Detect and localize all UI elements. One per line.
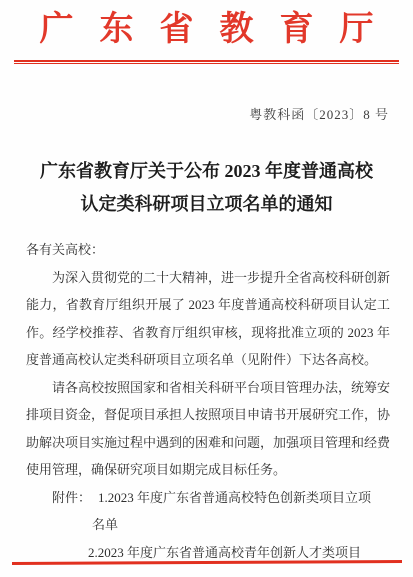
document-body: 各有关高校： 为深入贯彻党的二十大精神，进一步提升全省高校科研创新能力，省教育厅… [26, 236, 390, 484]
attachment-list: 附件：1.2023 年度广东省普通高校特色创新类项目立项 名单 2.2023 年… [26, 484, 390, 567]
paragraph-1: 为深入贯彻党的二十大精神，进一步提升全省高校科研创新能力，省教育厅组织开展了 2… [26, 264, 390, 374]
document-title-line-2: 认定类科研项目立项名单的通知 [0, 188, 413, 221]
masthead-double-rule [14, 60, 399, 64]
document-number: 粤教科函〔2023〕8 号 [0, 106, 389, 124]
document-page: 广东省教育厅 粤教科函〔2023〕8 号 广东省教育厅关于公布 2023 年度普… [0, 0, 413, 577]
salutation: 各有关高校： [26, 236, 390, 264]
paragraph-2: 请各高校按照国家和省相关科研平台项目管理办法，统筹安排项目资金，督促项目承担人按… [26, 374, 390, 484]
document-title-line-1: 广东省教育厅关于公布 2023 年度普通高校 [0, 155, 413, 188]
document-title: 广东省教育厅关于公布 2023 年度普通高校 认定类科研项目立项名单的通知 [0, 155, 413, 221]
attachment-item-1: 附件：1.2023 年度广东省普通高校特色创新类项目立项 [52, 484, 390, 512]
attachment-label: 附件： [52, 490, 91, 505]
agency-masthead: 广东省教育厅 [0, 0, 413, 56]
agency-name: 广东省教育厅 [40, 8, 400, 52]
attachment-item-1-text: 1.2023 年度广东省普通高校特色创新类项目立项 [98, 490, 371, 505]
attachment-item-1-wrap: 名单 [92, 511, 390, 539]
